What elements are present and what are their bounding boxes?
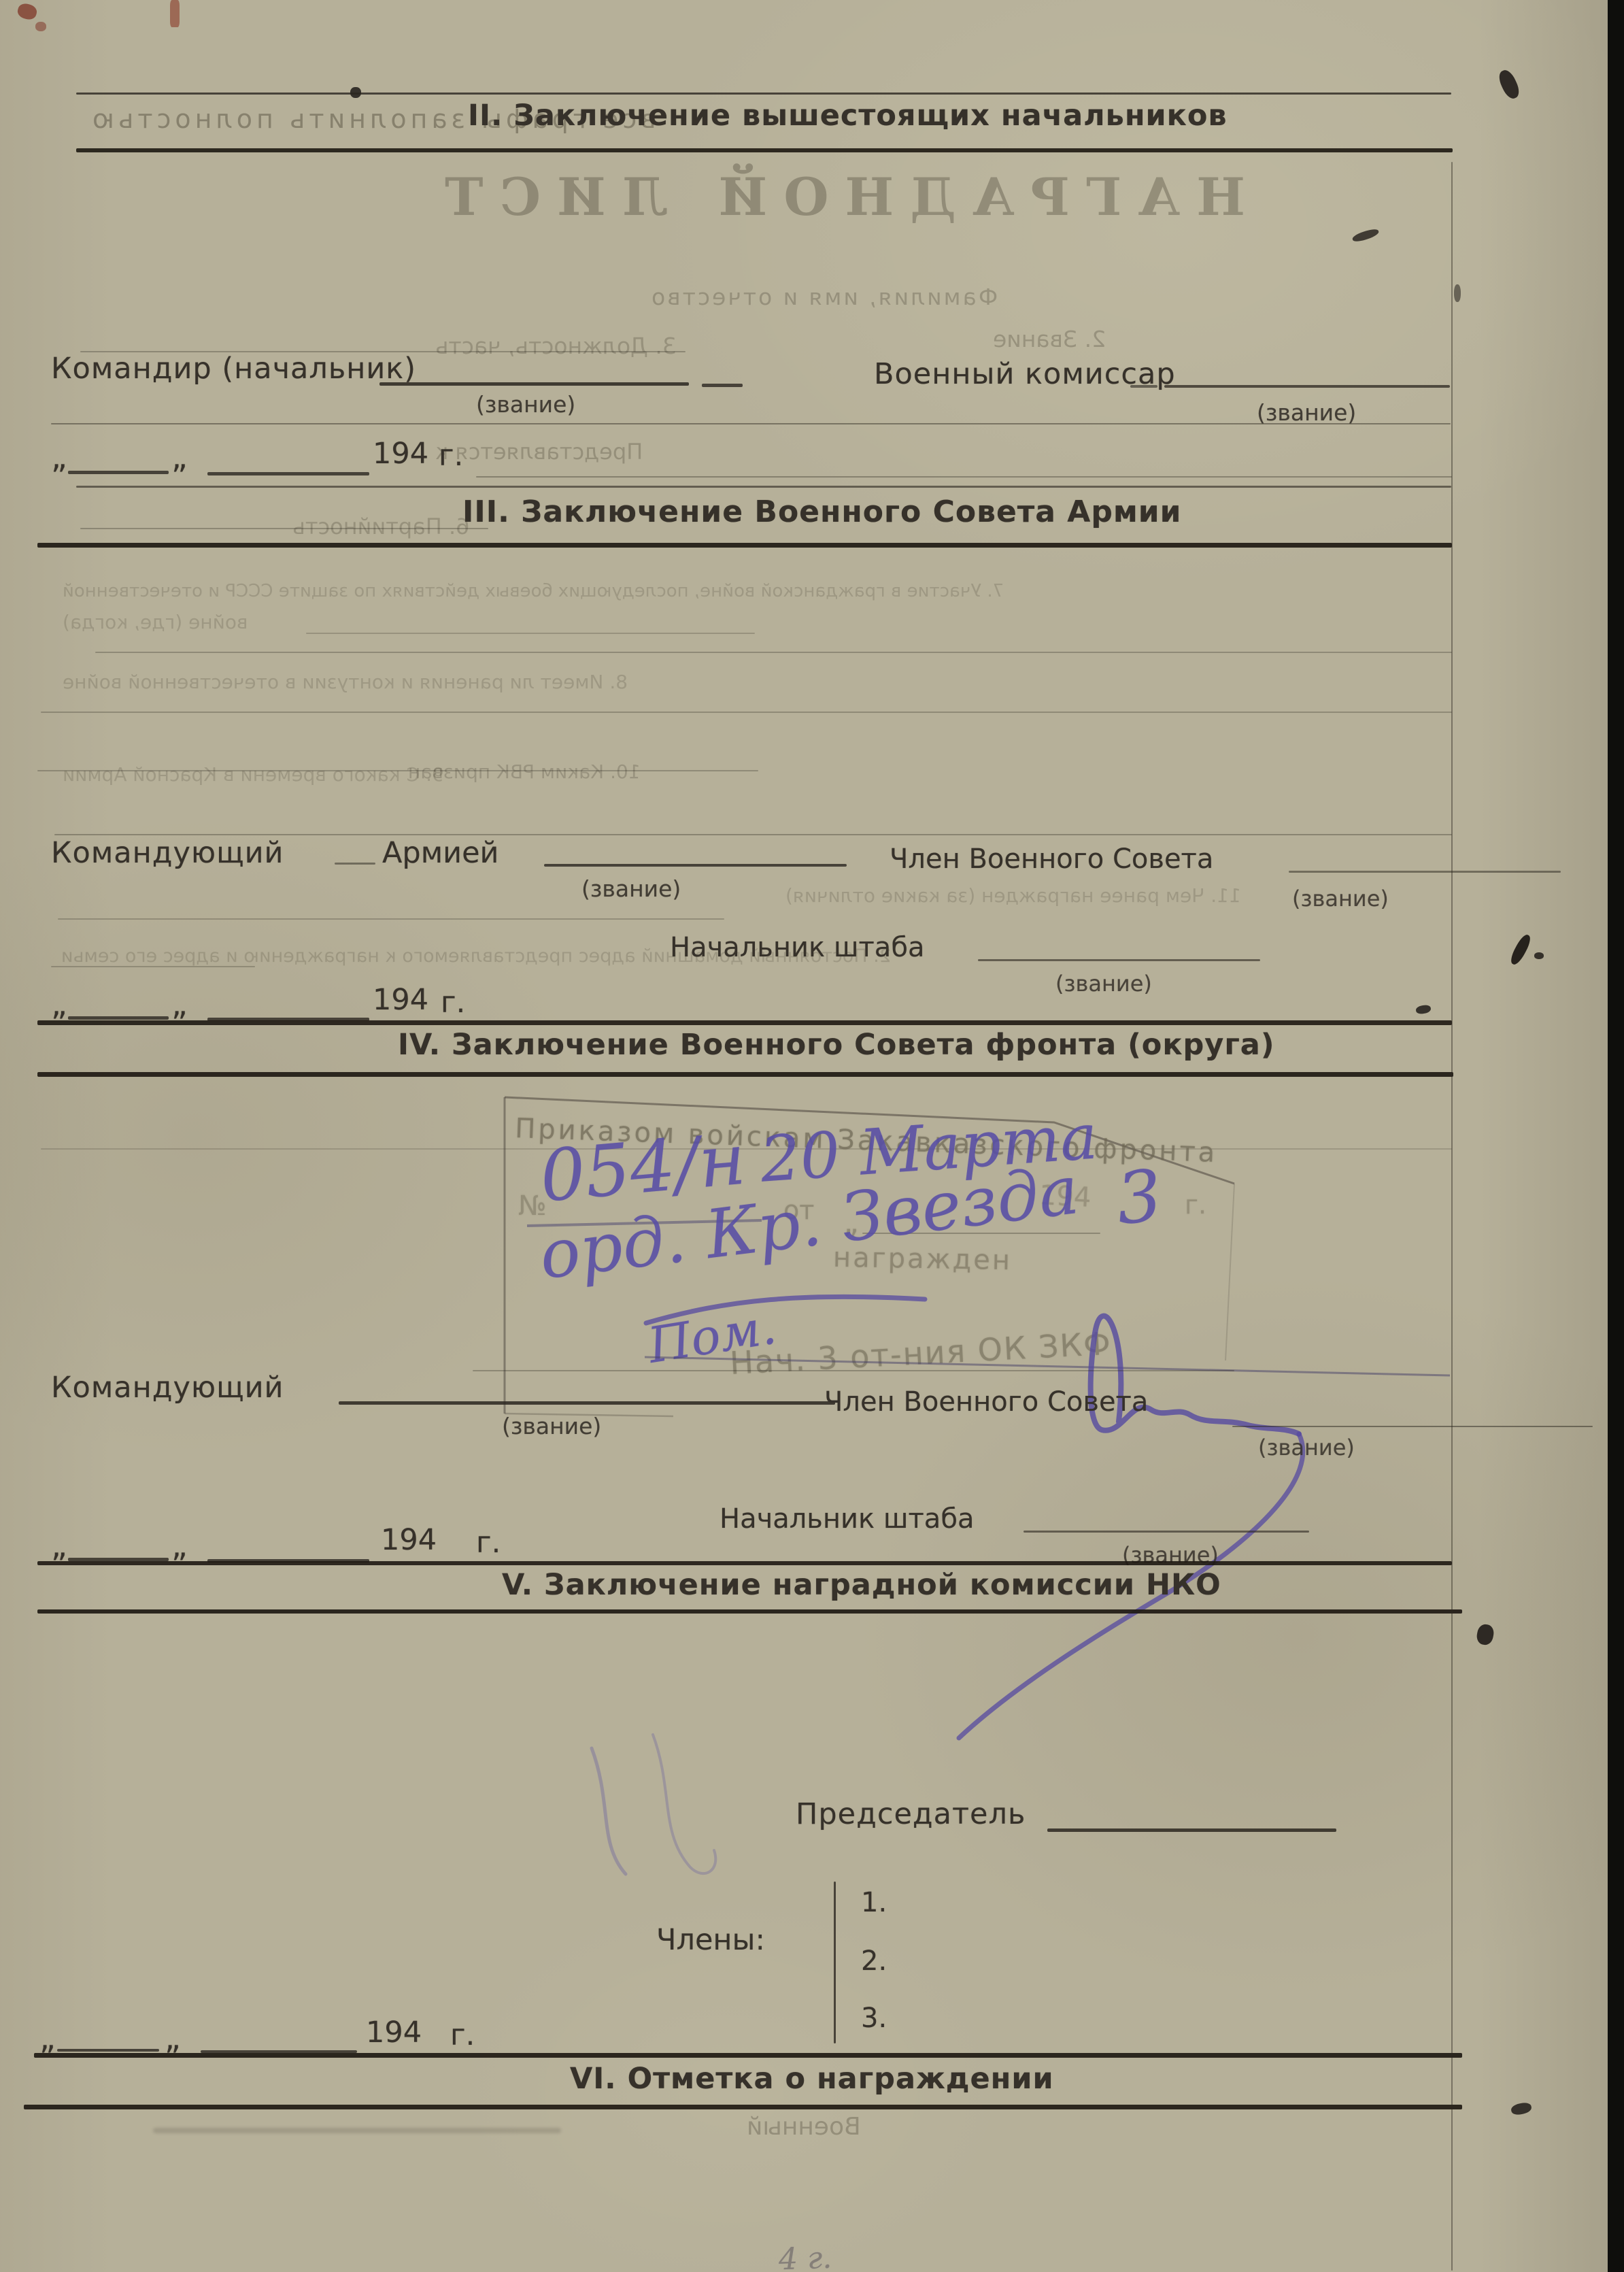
faint-line <box>95 652 1452 653</box>
paper-tear <box>1510 2101 1533 2116</box>
blank-fill-line <box>68 1016 169 1020</box>
quote-mark: „ <box>171 441 188 473</box>
blank-fill-line <box>544 864 847 867</box>
member-item-2: 2. <box>861 1947 887 1975</box>
military-council-member-label: Член Военного Совета <box>890 845 1213 873</box>
rank-caption: (звание) <box>476 393 575 417</box>
faint-line <box>80 528 488 529</box>
award-sheet-reverse-page: все графы заполнить полностью II. Заключ… <box>0 0 1624 2272</box>
front-commander-label: Командующий <box>51 1373 284 1403</box>
paper-tear <box>1415 1004 1432 1015</box>
section6-heading: VI. Отметка о награждении <box>570 2064 1054 2094</box>
year-suffix: г. <box>450 2020 475 2051</box>
faint-line <box>54 834 1452 835</box>
bleedthrough-rkka: 9. С какого времени в Красной Армии <box>63 765 444 784</box>
ink-scribble <box>551 1707 823 1911</box>
commander-label: Командир (начальник) <box>51 354 416 384</box>
blank-fill-line <box>57 2049 159 2052</box>
section4-heading: IV. Заключение Военного Совета фронта (о… <box>398 1030 1274 1060</box>
red-streak <box>170 0 180 27</box>
rule-line <box>37 1561 1452 1565</box>
paper-tear <box>1496 67 1523 101</box>
faint-streak <box>153 2128 561 2133</box>
rule-line <box>24 2105 1462 2109</box>
rule-line <box>76 148 1453 152</box>
blank-fill-line <box>1047 1828 1336 1832</box>
faint-line <box>51 966 255 967</box>
faint-line <box>476 476 1452 478</box>
rule-line <box>76 486 1451 488</box>
quote-mark: „ <box>51 988 67 1020</box>
red-speck <box>16 2 39 21</box>
blank-fill-line <box>207 472 369 475</box>
blank-fill-line <box>335 863 375 865</box>
blank-fill-line <box>978 959 1260 961</box>
bleedthrough-wounds: 8. Имеет ли ранения и контузии в отечест… <box>63 672 628 692</box>
blank-fill-line <box>339 1401 835 1405</box>
blank-fill-line <box>1130 385 1157 388</box>
military-council-member-label: Член Военного Совета <box>824 1388 1148 1416</box>
margin-border-line <box>1451 162 1453 2271</box>
bleedthrough-party: 6. Партийность <box>292 516 470 539</box>
paper-tear <box>1508 933 1534 967</box>
bleedthrough-address: 2. Постоянный домашний адрес представляе… <box>61 947 891 966</box>
year-suffix: г. <box>441 988 465 1018</box>
rank-caption: (звание) <box>502 1415 601 1439</box>
rule-line <box>76 93 1451 95</box>
member-item-3: 3. <box>861 2004 887 2033</box>
army-commander-label: Командующий <box>51 838 284 869</box>
faint-line <box>51 423 1451 424</box>
faint-line <box>37 770 758 771</box>
faint-line <box>306 633 755 634</box>
year-label: 194 <box>373 985 428 1016</box>
bleedthrough-rvk: 10. Каким РВК призван <box>408 762 641 782</box>
paper-tear <box>1534 952 1544 959</box>
quote-mark: „ <box>51 441 67 473</box>
section3-heading: III. Заключение Военного Совета Армии <box>462 497 1181 528</box>
blank-fill-line <box>1289 871 1561 873</box>
bleedthrough-award11: 11. Чем ранее награжден (за какие отличи… <box>785 886 1241 905</box>
year-label: 194 <box>381 1525 437 1556</box>
blank-fill-line <box>68 471 169 474</box>
quote-mark: „ <box>165 2022 181 2054</box>
rank-caption: (звание) <box>1257 401 1356 425</box>
bleedthrough-voenny: Военный <box>747 2114 861 2140</box>
rule-line <box>37 543 1452 548</box>
faint-line <box>473 1370 1234 1371</box>
chief-of-staff-label: Начальник штаба <box>720 1505 975 1533</box>
scan-edge <box>1608 0 1624 2272</box>
members-divider-line <box>834 1882 836 2043</box>
quote-mark: „ <box>39 2022 56 2054</box>
red-speck <box>35 22 46 31</box>
stamp-year-suffix: г. <box>1185 1192 1206 1219</box>
year-suffix: г. <box>476 1528 501 1558</box>
rule-line <box>37 1609 1462 1614</box>
member-item-1: 1. <box>861 1888 887 1917</box>
quote-mark: „ <box>171 988 188 1020</box>
army-label: Армией <box>382 838 499 869</box>
chairman-label: Председатель <box>796 1799 1026 1830</box>
bleedthrough-civwar2: войне (где, когда) <box>63 612 248 632</box>
quote-mark: „ <box>171 1529 188 1562</box>
rank-caption: (звание) <box>1258 1437 1355 1460</box>
year-label: 194 <box>366 2018 422 2048</box>
year-label: 194 <box>373 439 428 469</box>
blank-fill-line <box>702 384 743 387</box>
bleedthrough-fio: Фамилия, имя и отчество <box>649 286 998 310</box>
bleedthrough-civwar: 7. Участие в гражданской войне, последую… <box>63 582 1004 601</box>
rank-caption: (звание) <box>1292 888 1389 911</box>
section5-heading: V. Заключение наградной комиссии НКО <box>502 1570 1221 1601</box>
rule-line <box>34 2053 1462 2058</box>
bleedthrough-rank: 2. Звание <box>993 328 1106 352</box>
handwritten-bottom-note: 4 г. <box>778 2243 832 2272</box>
section2-heading: II. Заключение вышестоящих начальников <box>468 101 1228 131</box>
rank-caption: (звание) <box>1055 973 1152 996</box>
blank-fill-line <box>379 382 689 386</box>
ink-blot <box>1351 227 1380 244</box>
paper-tear <box>1454 284 1461 302</box>
bleedthrough-post: 3. Должность, часть <box>435 335 677 358</box>
faint-line <box>58 918 724 920</box>
bleedthrough-title: НАГРАДНОЙ ЛИСТ <box>428 170 1245 224</box>
blank-fill-line <box>1232 1426 1593 1427</box>
blank-fill-line <box>1024 1531 1309 1533</box>
year-suffix: г. <box>439 441 463 471</box>
bleedthrough-predst: Представляется к <box>435 441 643 464</box>
faint-line <box>41 712 1452 713</box>
rank-caption: (звание) <box>581 878 681 901</box>
rule-line <box>37 1020 1452 1025</box>
blank-fill-line <box>1164 385 1450 388</box>
handwritten-year-digit: 3 <box>1113 1158 1165 1237</box>
quote-mark: „ <box>51 1529 67 1562</box>
members-label: Члены: <box>656 1925 765 1956</box>
